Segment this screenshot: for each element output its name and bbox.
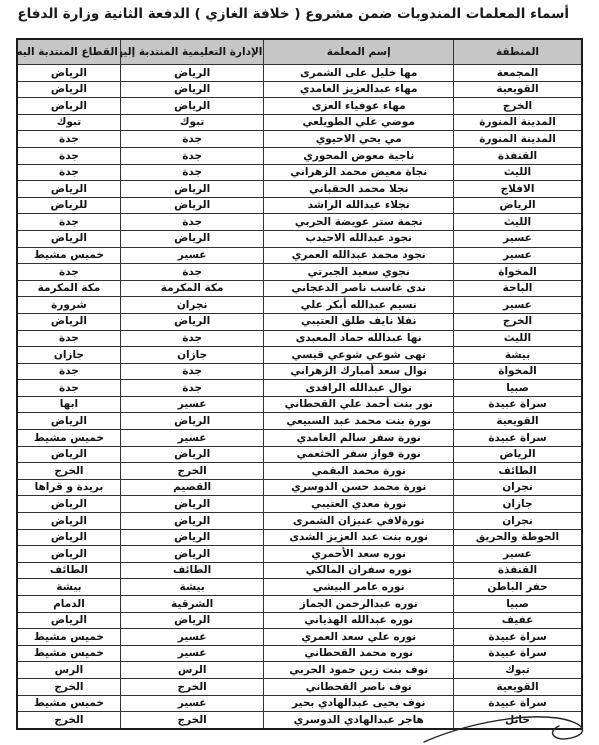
- cell-teacher-name: نوف بنت زين حمود الحربي: [264, 662, 454, 679]
- cell-sector: الدمام: [17, 596, 120, 613]
- cell-sector: الرياض: [17, 65, 120, 82]
- cell-edu-admin: الخرج: [120, 678, 264, 695]
- table-row: حفر الباطننوره عامر البيشيبيشةبيشة: [17, 579, 582, 596]
- cell-edu-admin: عسير: [120, 629, 264, 646]
- cell-sector: شرورة: [17, 297, 120, 314]
- cell-teacher-name: نورة فواز سفر الخثعمي: [264, 446, 454, 463]
- cell-edu-admin: الرس: [120, 662, 264, 679]
- cell-edu-admin: الرياض: [120, 612, 264, 629]
- cell-region: الرياض: [454, 446, 582, 463]
- cell-edu-admin: الرياض: [120, 197, 264, 214]
- cell-teacher-name: مها خليل على الشمرى: [264, 65, 454, 82]
- cell-edu-admin: عسير: [120, 645, 264, 662]
- cell-sector: الرياض: [17, 81, 120, 98]
- cell-region: الليث: [454, 330, 582, 347]
- cell-edu-admin: الخرج: [120, 712, 264, 729]
- cell-edu-admin: عسير: [120, 396, 264, 413]
- cell-teacher-name: مي يحي الاحيوي: [264, 131, 454, 148]
- cell-sector: الرياض: [17, 612, 120, 629]
- table-row: سراة عبيدةنوف يحيى عبدالهادي بحيرعسيرخمي…: [17, 695, 582, 712]
- cell-region: المجمعة: [454, 65, 582, 82]
- table-body: المجمعةمها خليل على الشمرىالرياضالرياضال…: [17, 65, 582, 729]
- cell-edu-admin: القصيم: [120, 479, 264, 496]
- cell-sector: جدة: [17, 380, 120, 397]
- table-row: المخواةنجوي سعيد الجبرتيجدةجدة: [17, 264, 582, 281]
- cell-teacher-name: نورة محمد البقمي: [264, 463, 454, 480]
- table-row: سراة عبيدةنور بنت أحمد علي القحطانيعسيرا…: [17, 396, 582, 413]
- cell-sector: بريدة و قراها: [17, 479, 120, 496]
- cell-teacher-name: نوره محمد القحطاني: [264, 645, 454, 662]
- table-row: حائلهاجر عبدالهادي الدوسريالخرجالخرج: [17, 712, 582, 729]
- cell-sector: ابها: [17, 396, 120, 413]
- table-row: صبيانوال عبدالله الرافدىجدةجدة: [17, 380, 582, 397]
- cell-edu-admin: الرياض: [120, 413, 264, 430]
- table-row: الرياضنورة فواز سفر الخثعميالرياضالرياض: [17, 446, 582, 463]
- cell-edu-admin: الشرقية: [120, 596, 264, 613]
- cell-teacher-name: نوره علي سعد العمري: [264, 629, 454, 646]
- cell-region: الخرج: [454, 98, 582, 115]
- cell-region: الطائف: [454, 463, 582, 480]
- cell-sector: الرياض: [17, 230, 120, 247]
- cell-teacher-name: نوره عامر البيشي: [264, 579, 454, 596]
- cell-sector: الرياض: [17, 181, 120, 198]
- cell-sector: الرياض: [17, 513, 120, 530]
- cell-region: نجران: [454, 513, 582, 530]
- table-row: بيشةنهى شوعي شوعي قيسيجازانجازان: [17, 347, 582, 364]
- cell-teacher-name: مهاء عبدالعزيز الغامدي: [264, 81, 454, 98]
- header-teacher-name: إسم المعلمة: [264, 39, 454, 65]
- cell-region: القويعية: [454, 413, 582, 430]
- table-row: عسيرنسيم عبدالله أبكر علينجرانشرورة: [17, 297, 582, 314]
- cell-sector: جدة: [17, 264, 120, 281]
- cell-edu-admin: الرياض: [120, 230, 264, 247]
- cell-region: عفيف: [454, 612, 582, 629]
- cell-edu-admin: الرياض: [120, 546, 264, 563]
- cell-edu-admin: الرياض: [120, 98, 264, 115]
- header-region: المنطقة: [454, 39, 582, 65]
- cell-sector: الخرج: [17, 678, 120, 695]
- cell-region: المدينة المنورة: [454, 114, 582, 131]
- cell-teacher-name: نورةلافي عنيزان الشمرى: [264, 513, 454, 530]
- cell-teacher-name: نسيم عبدالله أبكر علي: [264, 297, 454, 314]
- cell-teacher-name: نوره عبدالله الهذياني: [264, 612, 454, 629]
- cell-teacher-name: نورة معدي العتيبي: [264, 496, 454, 513]
- cell-edu-admin: الرياض: [120, 529, 264, 546]
- cell-edu-admin: الرياض: [120, 446, 264, 463]
- cell-sector: جدة: [17, 131, 120, 148]
- cell-edu-admin: جدة: [120, 214, 264, 231]
- cell-sector: جدة: [17, 164, 120, 181]
- cell-teacher-name: نوره بنت عبد العزيز الشدى: [264, 529, 454, 546]
- cell-sector: الرياض: [17, 313, 120, 330]
- cell-region: صبيا: [454, 596, 582, 613]
- cell-edu-admin: جازان: [120, 347, 264, 364]
- cell-edu-admin: الرياض: [120, 513, 264, 530]
- cell-sector: للرياض: [17, 197, 120, 214]
- table-row: الليثنجمة ستر عويضة الحربيجدةجدة: [17, 214, 582, 231]
- cell-region: حفر الباطن: [454, 579, 582, 596]
- cell-edu-admin: تبوك: [120, 114, 264, 131]
- cell-sector: الرياض: [17, 98, 120, 115]
- cell-teacher-name: نوف ناصر القحطاني: [264, 678, 454, 695]
- cell-sector: الرياض: [17, 529, 120, 546]
- cell-edu-admin: بيشة: [120, 579, 264, 596]
- cell-teacher-name: هاجر عبدالهادي الدوسري: [264, 712, 454, 729]
- cell-teacher-name: ناجية معوض المحوري: [264, 147, 454, 164]
- table-row: عسيرنوره سعد الأحمريالرياضالرياض: [17, 546, 582, 563]
- table-row: الخرجنفلا نايف طلق العتيبيالرياضالرياض: [17, 313, 582, 330]
- cell-teacher-name: نجمة ستر عويضة الحربي: [264, 214, 454, 231]
- cell-region: القنفذة: [454, 562, 582, 579]
- cell-sector: خميس مشيط: [17, 645, 120, 662]
- table-row: سراة عبيدةنوره محمد القحطانيعسيرخميس مشي…: [17, 645, 582, 662]
- cell-teacher-name: نفلا نايف طلق العتيبي: [264, 313, 454, 330]
- cell-teacher-name: نهى شوعي شوعي قيسي: [264, 347, 454, 364]
- scanned-document-page: أسماء المعلمات المندوبات ضمن مشروع ( خلا…: [0, 0, 599, 745]
- cell-teacher-name: ندى غاسب ناصر الدعجاني: [264, 280, 454, 297]
- table-row: الافلاجنجلا محمد الحقبانيالرياضالرياض: [17, 181, 582, 198]
- header-edu-admin: الإدارة التعليمية المنتدبة إليها: [120, 39, 264, 65]
- table-row: القنفذةنوره سفران المالكيالطائفالطائف: [17, 562, 582, 579]
- cell-region: بيشة: [454, 347, 582, 364]
- cell-teacher-name: نجوي سعيد الجبرتي: [264, 264, 454, 281]
- table-row: القويعيةمهاء عبدالعزيز الغامديالرياضالري…: [17, 81, 582, 98]
- cell-teacher-name: مهاء عوفياء العزى: [264, 98, 454, 115]
- document-title: أسماء المعلمات المندوبات ضمن مشروع ( خلا…: [30, 6, 569, 22]
- table-row: المخواةنوال سعد أمبارك الزهرانيجدةجدة: [17, 363, 582, 380]
- table-row: الحوطة والحريقنوره بنت عبد العزيز الشدىا…: [17, 529, 582, 546]
- cell-teacher-name: نجاة معيض محمد الزهراني: [264, 164, 454, 181]
- table-row: الليثنجاة معيض محمد الزهرانيجدةجدة: [17, 164, 582, 181]
- header-sector: القطاع المنتدبة اليه: [17, 39, 120, 65]
- cell-region: المدينة المنورة: [454, 131, 582, 148]
- cell-sector: الرياض: [17, 546, 120, 563]
- cell-edu-admin: نجران: [120, 297, 264, 314]
- cell-region: سراة عبيدة: [454, 695, 582, 712]
- table-row: الطائفنورة محمد البقميالخرجالخرج: [17, 463, 582, 480]
- cell-sector: الخرج: [17, 463, 120, 480]
- cell-sector: تبوك: [17, 114, 120, 131]
- cell-region: حائل: [454, 712, 582, 729]
- table-header: المنطقة إسم المعلمة الإدارة التعليمية ال…: [17, 39, 582, 65]
- cell-region: جازان: [454, 496, 582, 513]
- cell-edu-admin: جدة: [120, 131, 264, 148]
- table-row: سراة عبيدةنورة سفر سالم الغامديعسيرخميس …: [17, 430, 582, 447]
- cell-sector: الطائف: [17, 562, 120, 579]
- cell-sector: خميس مشيط: [17, 695, 120, 712]
- cell-edu-admin: جدة: [120, 264, 264, 281]
- cell-region: الليث: [454, 214, 582, 231]
- table-row: عفيفنوره عبدالله الهذيانيالرياضالرياض: [17, 612, 582, 629]
- cell-region: سراة عبيدة: [454, 430, 582, 447]
- cell-sector: الرياض: [17, 496, 120, 513]
- cell-sector: الخرج: [17, 712, 120, 729]
- cell-region: سراة عبيدة: [454, 396, 582, 413]
- cell-region: الخرج: [454, 313, 582, 330]
- table-row: عسيرنجود عبدالله الاحيدبالرياضالرياض: [17, 230, 582, 247]
- cell-sector: جدة: [17, 363, 120, 380]
- table-row: جازاننورة معدي العتيبيالرياضالرياض: [17, 496, 582, 513]
- cell-region: عسير: [454, 297, 582, 314]
- cell-sector: جازان: [17, 347, 120, 364]
- cell-region: تبوك: [454, 662, 582, 679]
- cell-teacher-name: نجلاء عبدالله الراشد: [264, 197, 454, 214]
- table-row: الرياضنجلاء عبدالله الراشدالرياضللرياض: [17, 197, 582, 214]
- cell-teacher-name: نها عبدالله حماد المعبدى: [264, 330, 454, 347]
- cell-edu-admin: الرياض: [120, 65, 264, 82]
- cell-teacher-name: نورة بنت محمد عبد السبيعي: [264, 413, 454, 430]
- cell-region: عسير: [454, 247, 582, 264]
- cell-region: القنفذة: [454, 147, 582, 164]
- table-row: تبوكنوف بنت زين حمود الحربيالرسالرس: [17, 662, 582, 679]
- cell-teacher-name: نوال سعد أمبارك الزهراني: [264, 363, 454, 380]
- cell-teacher-name: نوره عبدالرحمن الجماز: [264, 596, 454, 613]
- cell-sector: جدة: [17, 147, 120, 164]
- table-row: الباحةندى غاسب ناصر الدعجانيمكة المكرمةم…: [17, 280, 582, 297]
- cell-sector: الرس: [17, 662, 120, 679]
- cell-region: الحوطة والحريق: [454, 529, 582, 546]
- table-row: القويعيةنوف ناصر القحطانيالخرجالخرج: [17, 678, 582, 695]
- cell-edu-admin: عسير: [120, 247, 264, 264]
- cell-region: عسير: [454, 546, 582, 563]
- cell-edu-admin: جدة: [120, 363, 264, 380]
- cell-edu-admin: الطائف: [120, 562, 264, 579]
- cell-region: المخواة: [454, 264, 582, 281]
- cell-sector: خميس مشيط: [17, 629, 120, 646]
- table-row: الليثنها عبدالله حماد المعبدىجدةجدة: [17, 330, 582, 347]
- cell-teacher-name: نورة سفر سالم الغامدي: [264, 430, 454, 447]
- cell-edu-admin: جدة: [120, 164, 264, 181]
- cell-sector: جدة: [17, 330, 120, 347]
- cell-sector: الرياض: [17, 413, 120, 430]
- cell-region: الافلاج: [454, 181, 582, 198]
- cell-edu-admin: جدة: [120, 147, 264, 164]
- cell-region: الليث: [454, 164, 582, 181]
- cell-region: سراة عبيدة: [454, 629, 582, 646]
- table-row: سراة عبيدةنوره علي سعد العمريعسيرخميس مش…: [17, 629, 582, 646]
- cell-region: صبيا: [454, 380, 582, 397]
- cell-region: نجران: [454, 479, 582, 496]
- cell-region: القويعية: [454, 678, 582, 695]
- cell-teacher-name: نجود عبدالله الاحيدب: [264, 230, 454, 247]
- table-row: الخرجمهاء عوفياء العزىالرياضالرياض: [17, 98, 582, 115]
- cell-edu-admin: الرياض: [120, 496, 264, 513]
- table-row: المدينة المنورةموضي علي الطويلعيتبوكتبوك: [17, 114, 582, 131]
- cell-edu-admin: جدة: [120, 380, 264, 397]
- cell-sector: خميس مشيط: [17, 247, 120, 264]
- table-row: المدينة المنورةمي يحي الاحيويجدةجدة: [17, 131, 582, 148]
- cell-teacher-name: نوره سعد الأحمري: [264, 546, 454, 563]
- cell-region: سراة عبيدة: [454, 645, 582, 662]
- cell-edu-admin: الرياض: [120, 181, 264, 198]
- cell-sector: خميس مشيط: [17, 430, 120, 447]
- cell-teacher-name: نجلا محمد الحقباني: [264, 181, 454, 198]
- table-row: المجمعةمها خليل على الشمرىالرياضالرياض: [17, 65, 582, 82]
- cell-sector: جدة: [17, 214, 120, 231]
- cell-teacher-name: نورة محمد حسن الدوسري: [264, 479, 454, 496]
- table-row: القنفذةناجية معوض المحوريجدةجدة: [17, 147, 582, 164]
- cell-teacher-name: نوال عبدالله الرافدى: [264, 380, 454, 397]
- table-row: نجراننورةلافي عنيزان الشمرىالرياضالرياض: [17, 513, 582, 530]
- cell-region: القويعية: [454, 81, 582, 98]
- cell-region: المخواة: [454, 363, 582, 380]
- table-header-row: المنطقة إسم المعلمة الإدارة التعليمية ال…: [17, 39, 582, 65]
- cell-teacher-name: موضي علي الطويلعي: [264, 114, 454, 131]
- teachers-roster-table: المنطقة إسم المعلمة الإدارة التعليمية ال…: [16, 38, 583, 730]
- cell-edu-admin: عسير: [120, 695, 264, 712]
- table-row: نجراننورة محمد حسن الدوسريالقصيمبريدة و …: [17, 479, 582, 496]
- cell-teacher-name: نوره سفران المالكي: [264, 562, 454, 579]
- cell-teacher-name: نوف يحيى عبدالهادي بحير: [264, 695, 454, 712]
- cell-edu-admin: عسير: [120, 430, 264, 447]
- cell-sector: مكة المكرمة: [17, 280, 120, 297]
- cell-edu-admin: الرياض: [120, 313, 264, 330]
- cell-sector: الرياض: [17, 446, 120, 463]
- cell-sector: بيشة: [17, 579, 120, 596]
- table-row: عسيرنجود محمد عبدالله العمريعسيرخميس مشي…: [17, 247, 582, 264]
- cell-region: الرياض: [454, 197, 582, 214]
- cell-edu-admin: الخرج: [120, 463, 264, 480]
- cell-region: عسير: [454, 230, 582, 247]
- cell-edu-admin: مكة المكرمة: [120, 280, 264, 297]
- cell-teacher-name: نجود محمد عبدالله العمري: [264, 247, 454, 264]
- cell-region: الباحة: [454, 280, 582, 297]
- cell-edu-admin: جدة: [120, 330, 264, 347]
- cell-edu-admin: الرياض: [120, 81, 264, 98]
- table-row: صبيانوره عبدالرحمن الجمازالشرقيةالدمام: [17, 596, 582, 613]
- cell-teacher-name: نور بنت أحمد علي القحطاني: [264, 396, 454, 413]
- table-row: القويعيةنورة بنت محمد عبد السبيعيالرياضا…: [17, 413, 582, 430]
